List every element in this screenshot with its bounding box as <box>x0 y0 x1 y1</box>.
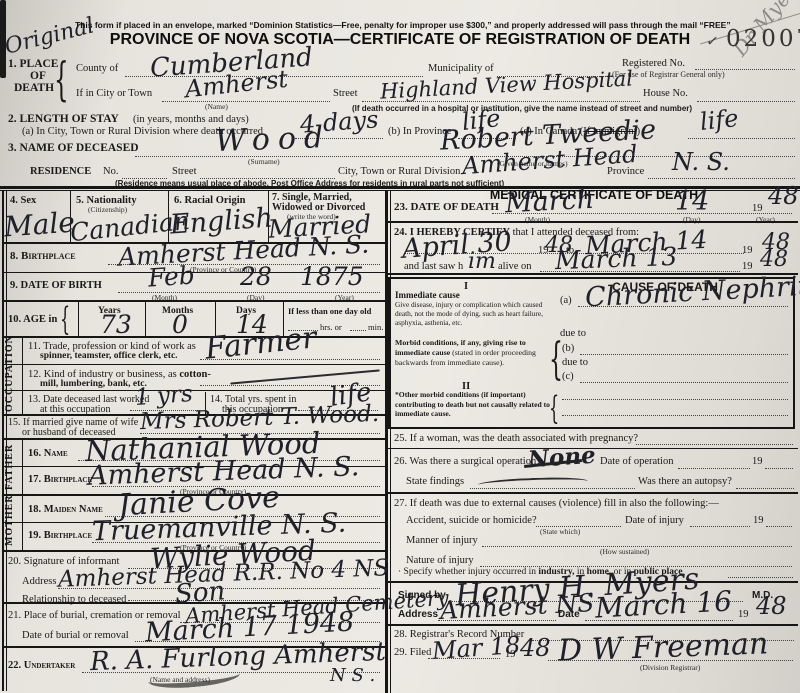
surname-value: Wood <box>215 124 332 155</box>
due-to-label: due to <box>560 328 586 340</box>
how-sustained-caption: (How sustained) <box>600 548 649 556</box>
dotted-line <box>688 138 795 139</box>
last-seen-value: March 13 <box>555 246 678 273</box>
surname-caption: (Surname) <box>248 158 280 166</box>
cause-a-label: (a) <box>560 295 572 307</box>
mother-side-label: MOTHER <box>5 502 19 546</box>
other-morbid-note: *Other morbid conditions (if important) … <box>395 390 553 419</box>
less-than-day-label: If less than one day old <box>288 307 371 317</box>
mail-notice: This form if placed in an envelope, mark… <box>75 21 725 31</box>
state-findings-label: State findings <box>406 476 464 488</box>
filed-label: 29. Filed <box>394 647 431 659</box>
sex-value: Male <box>3 210 75 240</box>
father-side-label: FATHER <box>5 446 19 490</box>
division-registrar-signature: D W Freeman <box>558 630 769 664</box>
cell-border <box>145 302 146 336</box>
year-prefix: 19 <box>738 609 749 621</box>
immediate-cause-note: Give disease, injury or complication whi… <box>395 300 551 327</box>
mother-maiden-name-label: 18. Maiden Name <box>28 504 103 516</box>
column-divider <box>390 191 391 693</box>
relationship-label: Relationship to deceased <box>22 594 126 606</box>
year-prefix: 19 <box>742 245 753 257</box>
death-certificate-scan: Dr Myers This form if placed in an envel… <box>0 0 800 693</box>
county-label: County of <box>76 63 118 75</box>
cause-c-label: (c) <box>562 371 574 383</box>
operation-date-label: Date of operation <box>600 456 673 468</box>
dotted-line <box>728 577 793 578</box>
father-birthplace-label: 17. Birthplace <box>28 474 92 486</box>
dotted-line <box>580 382 788 383</box>
rule <box>386 221 798 223</box>
residence-province-value: N. S. <box>672 152 730 174</box>
accident-label: Accident, suicide or homicide? <box>406 515 537 527</box>
death-month-value: March <box>504 188 594 217</box>
street-value: Highland View Hospital <box>380 69 634 101</box>
manner-of-injury-label: Manner of injury <box>406 535 478 547</box>
row-border <box>2 336 386 338</box>
min-label: min. <box>368 323 383 333</box>
birth-year-value: 1875 <box>300 266 364 289</box>
name-caption: (Name) <box>205 103 228 111</box>
age-brace: { <box>60 303 70 335</box>
row-border <box>2 364 386 365</box>
last-saw-label: and last saw h <box>404 261 463 273</box>
division-registrar-caption: (Division Registrar) <box>640 664 700 672</box>
year-prefix: 19 <box>752 203 763 215</box>
residence-street-label: Street <box>172 166 197 178</box>
s3-label: 3. NAME OF DECEASED <box>8 142 139 155</box>
residence-province-label: Province <box>607 166 644 178</box>
cell-border <box>22 338 23 414</box>
external-causes-label: 27. If death was due to external causes … <box>394 498 719 510</box>
original-note: Original <box>3 16 96 57</box>
last-worked-value: 1 yrs <box>134 384 193 409</box>
undertaker-label: 22. Undertaker <box>8 660 75 672</box>
date-of-injury-label: Date of injury <box>625 515 684 527</box>
cell-border <box>22 496 23 550</box>
s2-label: 2. LENGTH OF STAY <box>8 113 119 126</box>
title-checkmark: ✓ <box>705 33 720 52</box>
birthplace-label: 8. Birthplace <box>10 250 76 263</box>
dotted-line <box>690 526 750 527</box>
column-divider <box>385 191 388 693</box>
death-day-value: 14 <box>675 190 709 214</box>
operation-label: 26. Was there a surgical operation? <box>394 456 541 468</box>
dotted-line <box>697 101 795 102</box>
cause-b-brace: { <box>549 338 563 382</box>
city-town-label: If in City or Town <box>76 88 152 100</box>
dotted-line <box>736 488 794 489</box>
immediate-cause-label: Immediate cause <box>395 290 460 300</box>
due-to-label: due to <box>562 357 588 369</box>
city-town-value: Amherst <box>184 69 289 101</box>
residence-no-label: No. <box>103 166 118 178</box>
date-of-birth-label: 9. DATE OF BIRTH <box>10 280 102 292</box>
autopsy-label: Was there an autopsy? <box>638 476 732 488</box>
last-seen-year: 48 <box>760 250 788 270</box>
year-prefix: 19 <box>742 261 753 273</box>
s2c-value: life <box>699 108 739 133</box>
birth-day-value: 28 <box>240 266 272 289</box>
nature-of-injury-label: Nature of injury <box>406 555 474 567</box>
morbid-conditions-note: Morbid conditions, if any, giving rise t… <box>395 338 553 368</box>
trade-value: Farmer <box>204 324 318 363</box>
hospital-note: (If death occurred in a hospital or inst… <box>352 104 692 113</box>
dotted-line <box>765 468 793 469</box>
pregnancy-label: 25. If a woman, was the death associated… <box>394 433 638 445</box>
cause-b-label: (b) <box>562 343 574 355</box>
signed-date-label: Date <box>558 609 580 621</box>
dotted-line <box>350 330 366 331</box>
s1-brace: { <box>54 56 69 102</box>
cell-border <box>78 302 79 336</box>
dotted-line <box>766 526 792 527</box>
year-prefix: 19 <box>505 649 516 661</box>
dotted-line <box>562 415 788 416</box>
dotted-line <box>470 488 635 489</box>
racial-origin-value: English <box>169 206 273 237</box>
dotted-line <box>580 354 788 355</box>
mother-birthplace-label: 19. Birthplace <box>28 530 92 542</box>
birth-month-value: Feb <box>147 264 195 290</box>
filed-year-value: 48 <box>520 638 551 660</box>
name-address-caption: (Name and address) <box>150 676 210 684</box>
cause-ii-brace: { <box>549 392 559 424</box>
dotted-line <box>562 399 788 400</box>
age-years-value: 73 <box>100 314 132 337</box>
form-title: PROVINCE OF NOVA SCOTIA—CERTIFICATE OF R… <box>90 31 710 49</box>
rule <box>386 624 798 626</box>
trade-label-2: spinner, teamster, office clerk, etc. <box>40 351 178 362</box>
serial-number: 02007 <box>726 26 800 52</box>
house-no-label: House No. <box>643 88 688 100</box>
alive-on-label: alive on <box>498 261 532 273</box>
occupation-side-label: OCCUPATION <box>5 340 19 412</box>
pronoun-value: im <box>468 252 496 272</box>
left-border <box>6 191 7 691</box>
physician-address-label: Address <box>398 609 438 621</box>
signed-year-value: 48 <box>756 596 787 618</box>
industry-label-2: mill, lumbering, bank, etc. <box>40 379 147 390</box>
state-which-caption: (State which) <box>540 528 580 536</box>
dotted-line <box>678 468 750 469</box>
rule <box>386 492 798 494</box>
attended-from-value: April 30 <box>401 230 512 262</box>
operation-value: None <box>527 446 596 471</box>
dotted-line <box>428 658 500 659</box>
age-label: 10. AGE in <box>8 314 57 326</box>
signed-date-value: March 16 <box>594 588 732 620</box>
dotted-line <box>648 178 795 179</box>
residence-city-label: City, Town or Rural Division <box>338 166 460 178</box>
undertaker-value-2: N S . <box>330 668 375 684</box>
hrs-label: hrs. or <box>320 323 342 333</box>
father-name-label: 16. Name <box>28 448 68 460</box>
year-prefix: 19 <box>752 456 763 468</box>
sex-label: 4. Sex <box>10 195 36 207</box>
cause-roman-i: I <box>464 281 468 293</box>
cell-border <box>22 440 23 494</box>
year-prefix: 19 <box>753 515 764 527</box>
street-label: Street <box>333 88 358 100</box>
death-year-value: 48 <box>768 186 799 208</box>
informant-address-label: Address <box>22 576 56 588</box>
left-border <box>2 191 4 691</box>
s1-label-3: DEATH <box>14 82 54 95</box>
age-months-value: 0 <box>172 314 188 337</box>
dotted-line <box>636 444 793 445</box>
date-of-death-label: 23. DATE OF DEATH <box>394 201 499 214</box>
residence-label: RESIDENCE <box>30 166 91 178</box>
burial-date-label: Date of burial or removal <box>22 630 129 642</box>
